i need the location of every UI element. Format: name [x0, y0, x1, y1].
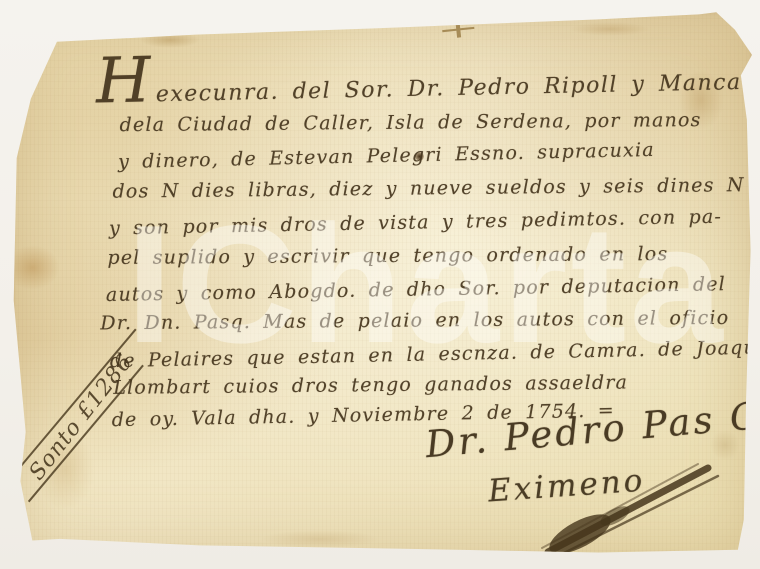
manuscript-text-block: Hexecunra. del Sor. Dr. Pedro Ripoll y M… [10, 5, 755, 15]
manuscript-line: pel suplido y escrivir que tengo ordenad… [107, 243, 668, 269]
invocation-cross-mark: + [435, 13, 481, 47]
manuscript-paper: + Hexecunra. del Sor. Dr. Pedro Ripoll y… [10, 10, 755, 558]
scan-background: + Hexecunra. del Sor. Dr. Pedro Ripoll y… [0, 0, 760, 569]
